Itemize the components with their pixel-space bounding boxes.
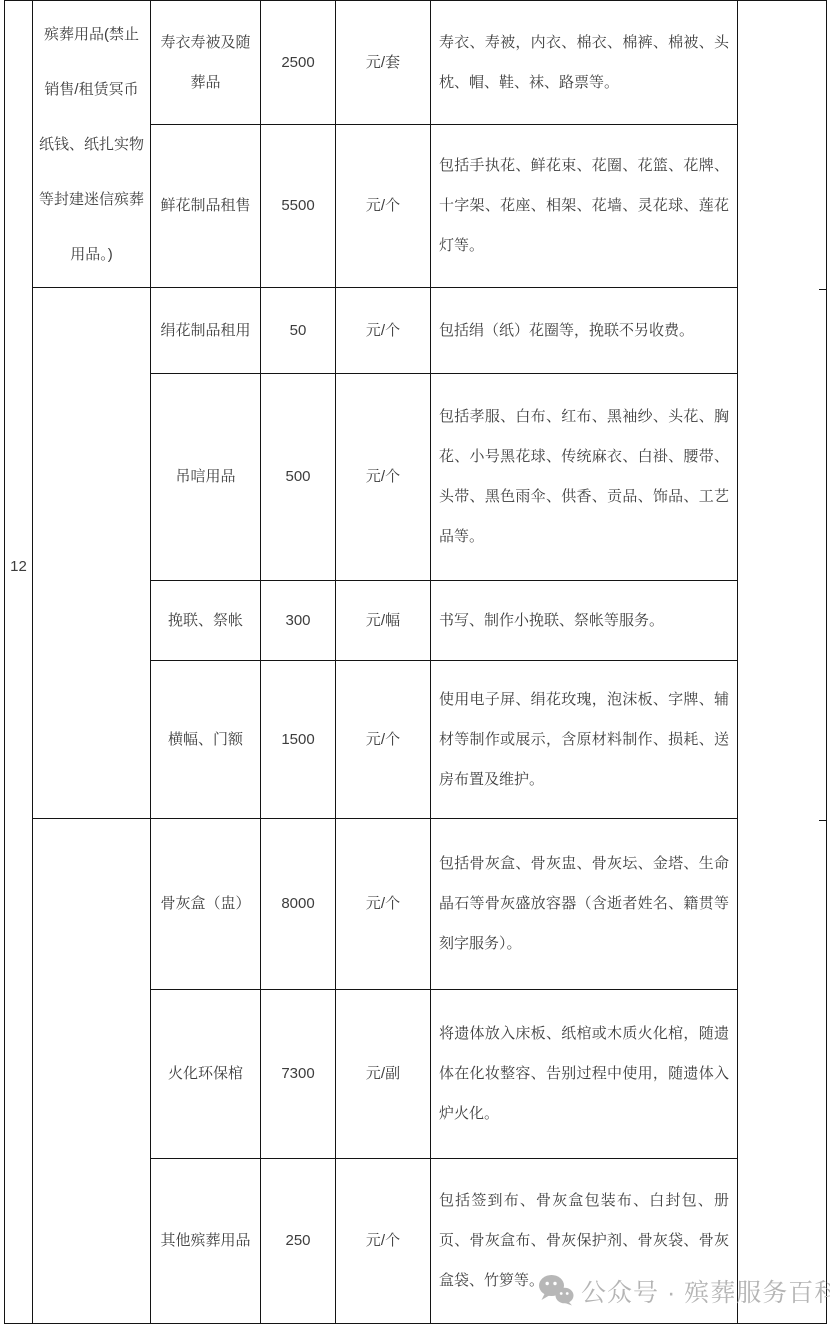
category-cell-empty bbox=[33, 288, 151, 819]
item-name-cell: 鲜花制品租售 bbox=[151, 125, 261, 288]
item-name-cell: 火化环保棺 bbox=[151, 990, 261, 1159]
item-name-cell: 挽联、祭帐 bbox=[151, 581, 261, 661]
description-cell: 包括手执花、鲜花束、花圈、花篮、花牌、十字架、花座、相架、花墙、灵花球、莲花灯等… bbox=[431, 125, 738, 288]
price-cell: 250 bbox=[261, 1159, 336, 1324]
price-cell: 300 bbox=[261, 581, 336, 661]
spacer-cell bbox=[738, 1, 827, 1324]
description-cell: 寿衣、寿被，内衣、棉衣、棉裤、棉被、头枕、帽、鞋、袜、路票等。 bbox=[431, 1, 738, 125]
row-divider-tick bbox=[819, 820, 826, 821]
price-cell: 8000 bbox=[261, 819, 336, 990]
watermark: 公众号 · 殡葬服务百科 bbox=[538, 1268, 830, 1313]
wechat-icon bbox=[538, 1274, 574, 1313]
description-cell: 包括绢（纸）花圈等，挽联不另收费。 bbox=[431, 288, 738, 374]
price-cell: 500 bbox=[261, 374, 336, 581]
table-row: 12 殡葬用品(禁止销售/租赁冥币纸钱、纸扎实物等封建迷信殡葬用品。) 寿衣寿被… bbox=[5, 1, 827, 125]
item-name-cell: 其他殡葬用品 bbox=[151, 1159, 261, 1324]
unit-cell: 元/副 bbox=[336, 990, 431, 1159]
price-cell: 7300 bbox=[261, 990, 336, 1159]
unit-cell: 元/个 bbox=[336, 125, 431, 288]
item-name-cell: 骨灰盒（盅） bbox=[151, 819, 261, 990]
watermark-text: 公众号 · 殡葬服务百科 bbox=[581, 1273, 830, 1309]
category-cell-empty bbox=[33, 819, 151, 1324]
unit-cell: 元/个 bbox=[336, 819, 431, 990]
pricing-table: 12 殡葬用品(禁止销售/租赁冥币纸钱、纸扎实物等封建迷信殡葬用品。) 寿衣寿被… bbox=[4, 0, 827, 1324]
item-name-cell: 绢花制品租用 bbox=[151, 288, 261, 374]
unit-cell: 元/个 bbox=[336, 1159, 431, 1324]
unit-cell: 元/套 bbox=[336, 1, 431, 125]
item-name-cell: 吊唁用品 bbox=[151, 374, 261, 581]
unit-cell: 元/个 bbox=[336, 374, 431, 581]
price-cell: 2500 bbox=[261, 1, 336, 125]
item-name-cell: 寿衣寿被及随葬品 bbox=[151, 1, 261, 125]
price-cell: 1500 bbox=[261, 661, 336, 819]
item-name-cell: 横幅、门额 bbox=[151, 661, 261, 819]
description-cell: 使用电子屏、绢花玫瑰，泡沫板、字牌、辅材等制作或展示，含原材料制作、损耗、送房布… bbox=[431, 661, 738, 819]
row-number: 12 bbox=[5, 557, 32, 577]
price-cell: 50 bbox=[261, 288, 336, 374]
price-cell: 5500 bbox=[261, 125, 336, 288]
row-number-cell: 12 bbox=[5, 1, 33, 1324]
unit-cell: 元/个 bbox=[336, 661, 431, 819]
unit-cell: 元/个 bbox=[336, 288, 431, 374]
unit-cell: 元/幅 bbox=[336, 581, 431, 661]
table-row: 绢花制品租用 50 元/个 包括绢（纸）花圈等，挽联不另收费。 bbox=[5, 288, 827, 374]
row-divider-tick bbox=[819, 289, 826, 290]
description-cell: 包括骨灰盒、骨灰盅、骨灰坛、金塔、生命晶石等骨灰盛放容器（含逝者姓名、籍贯等刻字… bbox=[431, 819, 738, 990]
description-cell: 将遗体放入床板、纸棺或木质火化棺，随遗体在化妆整容、告别过程中使用，随遗体入炉火… bbox=[431, 990, 738, 1159]
table-row: 骨灰盒（盅） 8000 元/个 包括骨灰盒、骨灰盅、骨灰坛、金塔、生命晶石等骨灰… bbox=[5, 819, 827, 990]
description-cell: 书写、制作小挽联、祭帐等服务。 bbox=[431, 581, 738, 661]
category-cell: 殡葬用品(禁止销售/租赁冥币纸钱、纸扎实物等封建迷信殡葬用品。) bbox=[33, 1, 151, 288]
description-cell: 包括孝服、白布、红布、黑袖纱、头花、胸花、小号黑花球、传统麻衣、白褂、腰带、头带… bbox=[431, 374, 738, 581]
